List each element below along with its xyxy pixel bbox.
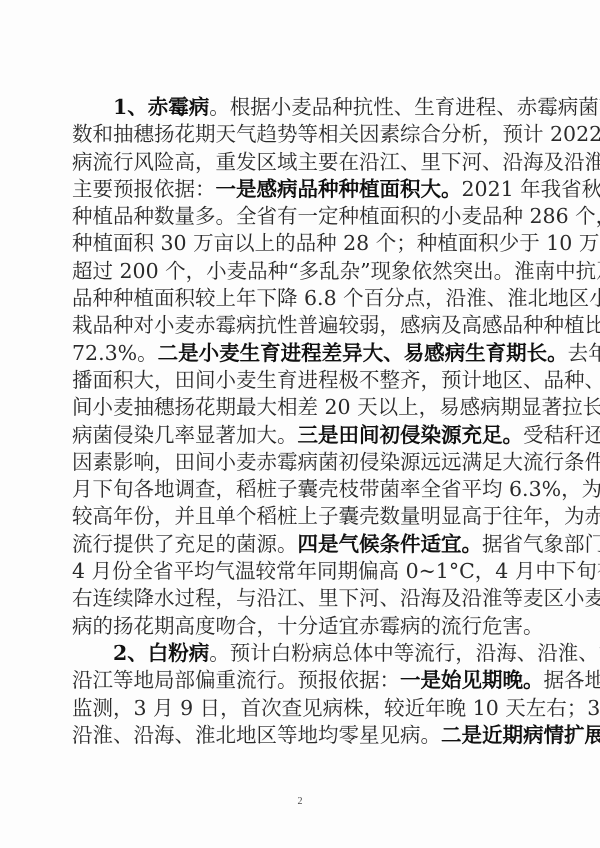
text-line: 较高年份，并且单个稻桩上子囊壳数量明显高于往年，为赤霉病 bbox=[72, 503, 530, 530]
text-run: 病流行风险高，重发区域主要在沿江、里下河、沿海及沿淮等地。 bbox=[72, 150, 600, 174]
text-line: 数和抽穗扬花期天气趋势等相关因素综合分析，预计 2022 年赤霉 bbox=[72, 121, 530, 148]
text-line: 种植面积 30 万亩以上的品种 28 个；种植面积少于 10 万亩的品种 bbox=[72, 230, 530, 257]
text-run: 超过 200 个，小麦品种“多乱杂”现象依然突出。淮南中抗及以上 bbox=[72, 259, 600, 283]
text-run: 病菌侵染几率显著加大。 bbox=[72, 423, 298, 447]
text-run: 受秸秆还田等 bbox=[523, 423, 600, 447]
bold-phrase: 一是感病品种种植面积大。 bbox=[216, 177, 462, 201]
text-line: 病菌侵染几率显著加大。三是田间初侵染源充足。受秸秆还田等 bbox=[72, 422, 530, 449]
bold-phrase: 三是田间初侵染源充足。 bbox=[298, 423, 524, 447]
text-line: 主要预报依据：一是感病品种种植面积大。2021 年我省秋播小麦 bbox=[72, 176, 530, 203]
bold-phrase: 二是近期病情扩展快。 bbox=[441, 723, 600, 747]
text-line: 沿淮、沿海、淮北地区等地均零星见病。二是近期病情扩展快。3 bbox=[72, 722, 530, 749]
page-number: 2 bbox=[0, 796, 600, 807]
bold-phrase: 二是小麦生育进程差异大、易感病生育期长。 bbox=[158, 341, 568, 365]
text-run: 72.3%。 bbox=[72, 341, 158, 365]
text-run: 病的扬花期高度吻合，十分适宜赤霉病的流行危害。 bbox=[72, 614, 544, 638]
text-line: 超过 200 个，小麦品种“多乱杂”现象依然突出。淮南中抗及以上 bbox=[72, 258, 530, 285]
bold-phrase: 2、白粉病 bbox=[113, 641, 209, 665]
text-line: 因素影响，田间小麦赤霉病菌初侵染源远远满足大流行条件。3 bbox=[72, 449, 530, 476]
text-line: 栽品种对小麦赤霉病抗性普遍较弱，感病及高感品种种植比例达 bbox=[72, 312, 530, 339]
text-run: 品种种植面积较上年下降 6.8 个百分点，沿淮、淮北地区小麦主 bbox=[72, 286, 600, 310]
document-page: 1、赤霉病。根据小麦品种抗性、生育进程、赤霉病菌菌源基数和抽穗扬花期天气趋势等相… bbox=[0, 0, 600, 848]
text-line: 播面积大，田间小麦生育进程极不整齐，预计地区、品种、田块 bbox=[72, 367, 530, 394]
text-run: 种植面积 30 万亩以上的品种 28 个；种植面积少于 10 万亩的品种 bbox=[72, 231, 600, 255]
bold-phrase: 四是气候条件适宜。 bbox=[298, 532, 483, 556]
text-run: 主要预报依据： bbox=[72, 177, 216, 201]
text-run: 监测，3 月 9 日，首次查见病株，较近年晚 10 天左右；3 月中旬 bbox=[72, 696, 600, 720]
text-line: 2、白粉病。预计白粉病总体中等流行，沿海、沿淮、淮北及 bbox=[72, 640, 530, 667]
text-run: 月下旬各地调查，稻桩子囊壳枝带菌率全省平均 6.3%，为近 5 年 bbox=[72, 477, 600, 501]
text-line: 1、赤霉病。根据小麦品种抗性、生育进程、赤霉病菌菌源基 bbox=[72, 94, 530, 121]
text-run: 种植品种数量多。全省有一定种植面积的小麦品种 286 个，其中 bbox=[72, 204, 600, 228]
text-line: 流行提供了充足的菌源。四是气候条件适宜。据省气象部门预报， bbox=[72, 531, 530, 558]
text-run: 据各地系统 bbox=[544, 668, 600, 692]
text-line: 间小麦抽穗扬花期最大相差 20 天以上，易感病期显著拉长，赤霉 bbox=[72, 394, 530, 421]
text-run: 沿江等地局部偏重流行。预报依据： bbox=[72, 668, 400, 692]
text-run: 据省气象部门预报， bbox=[482, 532, 600, 556]
text-line: 种植品种数量多。全省有一定种植面积的小麦品种 286 个，其中 bbox=[72, 203, 530, 230]
text-run: 播面积大，田间小麦生育进程极不整齐，预计地区、品种、田块 bbox=[72, 368, 600, 392]
text-line: 品种种植面积较上年下降 6.8 个百分点，沿淮、淮北地区小麦主 bbox=[72, 285, 530, 312]
text-run: 右连续降水过程，与沿江、里下河、沿海及沿淮等麦区小麦易感 bbox=[72, 586, 600, 610]
text-run: 4 月份全省平均气温较常年同期偏高 0~1°C，4 月中下旬有 3 个左 bbox=[72, 559, 600, 583]
text-run: 2021 年我省秋播小麦 bbox=[462, 177, 600, 201]
text-run: 去年小麦晚 bbox=[568, 341, 600, 365]
text-run: 间小麦抽穗扬花期最大相差 20 天以上，易感病期显著拉长，赤霉 bbox=[72, 395, 600, 419]
bold-phrase: 1、赤霉病 bbox=[113, 95, 209, 119]
text-run: 流行提供了充足的菌源。 bbox=[72, 532, 298, 556]
text-line: 监测，3 月 9 日，首次查见病株，较近年晚 10 天左右；3 月中旬 bbox=[72, 695, 530, 722]
text-run: 栽品种对小麦赤霉病抗性普遍较弱，感病及高感品种种植比例达 bbox=[72, 313, 600, 337]
text-line: 右连续降水过程，与沿江、里下河、沿海及沿淮等麦区小麦易感 bbox=[72, 585, 530, 612]
text-run: 较高年份，并且单个稻桩上子囊壳数量明显高于往年，为赤霉病 bbox=[72, 504, 600, 528]
text-run: 沿淮、沿海、淮北地区等地均零星见病。 bbox=[72, 723, 441, 747]
text-run: 。根据小麦品种抗性、生育进程、赤霉病菌菌源基 bbox=[209, 95, 600, 119]
text-line: 72.3%。二是小麦生育进程差异大、易感病生育期长。去年小麦晚 bbox=[72, 340, 530, 367]
text-line: 病流行风险高，重发区域主要在沿江、里下河、沿海及沿淮等地。 bbox=[72, 149, 530, 176]
text-line: 病的扬花期高度吻合，十分适宜赤霉病的流行危害。 bbox=[72, 613, 530, 640]
text-line: 沿江等地局部偏重流行。预报依据：一是始见期晚。据各地系统 bbox=[72, 667, 530, 694]
body-text: 1、赤霉病。根据小麦品种抗性、生育进程、赤霉病菌菌源基数和抽穗扬花期天气趋势等相… bbox=[72, 94, 530, 749]
text-run: 。预计白粉病总体中等流行，沿海、沿淮、淮北及 bbox=[209, 641, 600, 665]
text-line: 月下旬各地调查，稻桩子囊壳枝带菌率全省平均 6.3%，为近 5 年 bbox=[72, 476, 530, 503]
text-line: 4 月份全省平均气温较常年同期偏高 0~1°C，4 月中下旬有 3 个左 bbox=[72, 558, 530, 585]
bold-phrase: 一是始见期晚。 bbox=[400, 668, 544, 692]
text-run: 因素影响，田间小麦赤霉病菌初侵染源远远满足大流行条件。3 bbox=[72, 450, 600, 474]
text-run: 数和抽穗扬花期天气趋势等相关因素综合分析，预计 2022 年赤霉 bbox=[72, 122, 600, 146]
